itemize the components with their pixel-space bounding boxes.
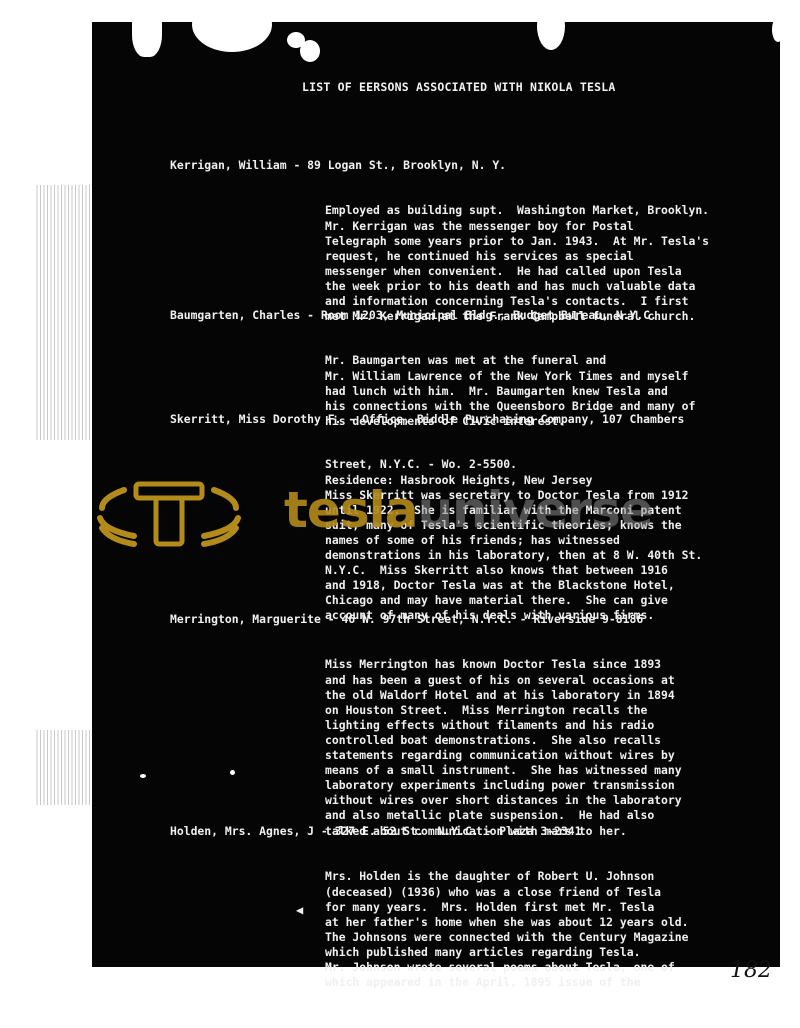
scan-speck xyxy=(230,770,235,775)
scan-speck xyxy=(140,774,146,778)
handwritten-arrow-icon: ◀ xyxy=(296,903,303,917)
page-number: 182 xyxy=(730,958,772,983)
torn-notch xyxy=(192,0,272,52)
entry-name-line: Skerritt, Miss Dorothy F. - Office, Bidd… xyxy=(170,412,702,427)
entry-name-line: Holden, Mrs. Agnes, J - 327 E. 52 St. N.… xyxy=(170,824,688,839)
entry-holden: Holden, Mrs. Agnes, J - 327 E. 52 St. N.… xyxy=(170,794,688,1005)
scan-edge-strip-bottom xyxy=(36,730,92,805)
page-title: LIST OF EERSONS ASSOCIATED WITH NIKOLA T… xyxy=(302,80,615,94)
scan-speck xyxy=(548,25,560,45)
entry-name-line: Kerrigan, William - 89 Logan St., Brookl… xyxy=(170,158,709,173)
entry-name-line: Baumgarten, Charles - Room 1203, Municip… xyxy=(170,308,695,323)
torn-notch xyxy=(132,2,162,57)
scan-edge-strip-top xyxy=(36,185,92,440)
scan-speck xyxy=(300,40,320,62)
torn-notch xyxy=(772,17,784,42)
entry-name-line: Merrington, Marguerite - 46 W. 97th Stre… xyxy=(170,612,682,627)
entry-body: Mrs. Holden is the daughter of Robert U.… xyxy=(170,869,688,990)
